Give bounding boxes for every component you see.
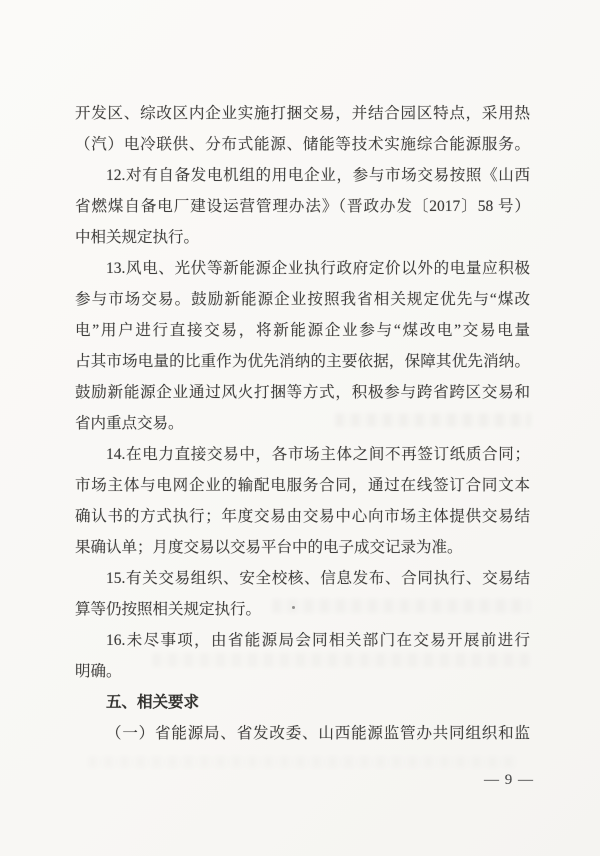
body-line: 15.有关交易组织、安全校核、信息发布、合同执行、交易结 <box>75 563 530 594</box>
body-line: 市场主体与电网企业的输配电服务合同，通过在线签订合同文本 <box>75 470 530 501</box>
page-number: — 9 — <box>484 766 534 794</box>
body-line: 16.未尽事项，由省能源局会同相关部门在交易开展前进行 <box>75 625 530 656</box>
scan-smudge <box>335 413 531 427</box>
scanned-document-page: 开发区、综改区内企业实施打捆交易，并结合园区特点，采用热 （汽）电冷联供、分布式… <box>0 0 600 856</box>
body-line: 13.风电、光伏等新能源企业执行政府定价以外的电量应积极 <box>75 253 530 284</box>
body-line: 12.对有自备发电机组的用电企业，参与市场交易按照《山西 <box>75 160 530 191</box>
scan-smudge <box>152 653 530 667</box>
scan-speck <box>292 606 295 609</box>
body-line: 鼓励新能源企业通过风火打捆等方式，积极参与跨省跨区交易和 <box>75 377 530 408</box>
body-line: 开发区、综改区内企业实施打捆交易，并结合园区特点，采用热 <box>75 98 530 129</box>
body-line: 参与市场交易。鼓励新能源企业按照我省相关规定优先与“煤改 <box>75 284 530 315</box>
body-line: （汽）电冷联供、分布式能源、储能等技术实施综合能源服务。 <box>75 129 530 160</box>
body-line: 果确认单；月度交易以交易平台中的电子成交记录为准。 <box>75 532 530 563</box>
scan-smudge <box>272 599 530 613</box>
body-line: 中相关规定执行。 <box>75 222 530 253</box>
section-heading: 五、相关要求 <box>75 687 530 718</box>
body-line: 14.在电力直接交易中，各市场主体之间不再签订纸质合同； <box>75 439 530 470</box>
scan-smudge <box>88 756 518 768</box>
body-line: （一）省能源局、省发改委、山西能源监管办共同组织和监 <box>75 718 530 749</box>
body-line: 占其市场电量的比重作为优先消纳的主要依据，保障其优先消纳。 <box>75 346 530 377</box>
body-line: 省燃煤自备电厂建设运营管理办法》（晋政办发〔2017〕58 号） <box>75 191 530 222</box>
body-line: 电”用户进行直接交易，将新能源企业参与“煤改电”交易电量 <box>75 315 530 346</box>
body-line: 确认书的方式执行；年度交易由交易中心向市场主体提供交易结 <box>75 501 530 532</box>
